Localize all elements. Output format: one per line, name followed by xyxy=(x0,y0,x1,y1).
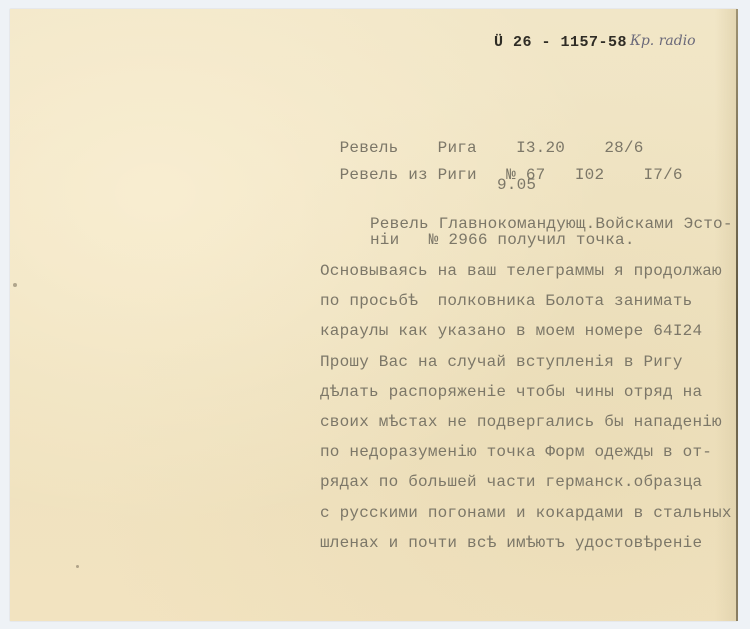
body-line: по просьбѣ полковника Болота занимать xyxy=(320,291,732,321)
body-line: шленах и почти всѣ имѣютъ удостовѣренiе xyxy=(320,533,732,563)
dispatch-route: Ревель из Риги xyxy=(340,166,477,184)
handwritten-pencil-note: Кр. radio xyxy=(630,33,696,49)
body-line: рядах по большей части германск.образца xyxy=(320,472,732,502)
body-line: караулы как указано в моем номере 64I24 xyxy=(320,321,732,351)
dispatch-date: I7/6 xyxy=(644,166,683,184)
body-line: по недоразуменiю точка Форм одежды в от- xyxy=(320,442,732,472)
body-line: с русскими погонами и кокардами в стальн… xyxy=(320,503,732,533)
body-line: дѣлать распоряженiе чтобы чины отряд на xyxy=(320,382,732,412)
body-line: Основываясь на ваш телеграммы я продолжа… xyxy=(320,261,732,291)
body-line: своих мѣстах не подвергались бы нападенi… xyxy=(320,412,732,442)
word-count: I02 xyxy=(575,166,604,184)
dispatch-time: 9.05 xyxy=(497,177,536,193)
addressee-line: Ревель Главнокомандующ.Войсками Эсто- xyxy=(370,216,733,232)
paper-fold-edge xyxy=(736,9,738,621)
paper-stain xyxy=(76,565,79,568)
addressee-line: нiи № 2966 получил точка. xyxy=(370,232,635,248)
telegram-body: Основываясь на ваш телеграммы я продолжа… xyxy=(320,261,732,563)
archive-reference-number: Ü 26 - 1157-58 xyxy=(494,34,627,51)
body-line: Прошу Вас на случай вступленiя в Ригу xyxy=(320,352,732,382)
paper-stain xyxy=(13,283,17,287)
